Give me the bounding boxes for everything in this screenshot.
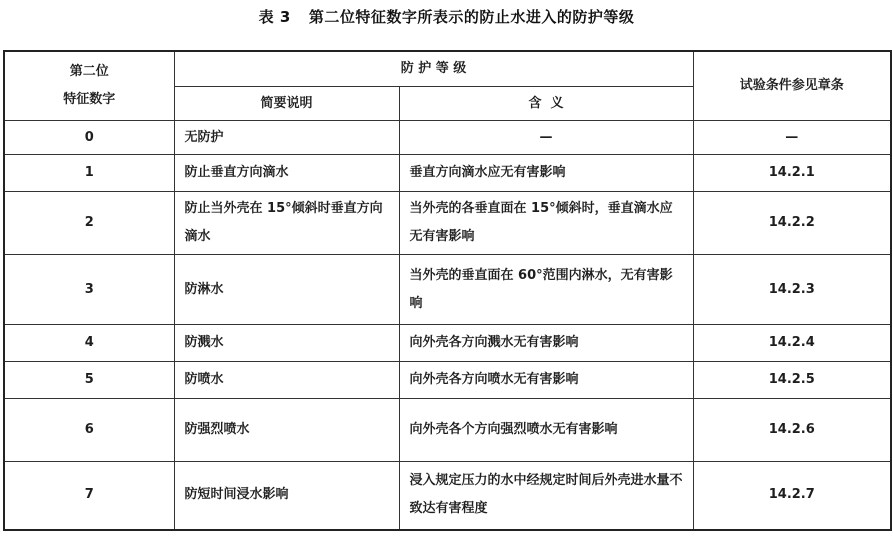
header-digit-line2: 特征数字 <box>15 86 164 114</box>
table-row: 0 无防护 — — <box>4 121 891 155</box>
cell-digit: 0 <box>4 121 174 155</box>
cell-meaning: 垂直方向滴水应无有害影响 <box>399 155 693 192</box>
cell-meaning: 当外壳的各垂直面在 15°倾斜时，垂直滴水应无有害影响 <box>399 192 693 255</box>
table-row: 4 防溅水 向外壳各方向溅水无有害影响 14.2.4 <box>4 325 891 362</box>
table-row: 5 防喷水 向外壳各方向喷水无有害影响 14.2.5 <box>4 362 891 399</box>
table-number: 表 3 <box>259 8 291 26</box>
cell-meaning: 向外壳各个方向强烈喷水无有害影响 <box>399 399 693 462</box>
cell-ref: 14.2.5 <box>693 362 891 399</box>
cell-meaning: — <box>399 121 693 155</box>
cell-digit: 3 <box>4 255 174 325</box>
header-digit-line1: 第二位 <box>15 58 164 86</box>
cell-meaning: 当外壳的垂直面在 60°范围内淋水，无有害影响 <box>399 255 693 325</box>
cell-brief: 防止当外壳在 15°倾斜时垂直方向滴水 <box>174 192 399 255</box>
table-row: 1 防止垂直方向滴水 垂直方向滴水应无有害影响 14.2.1 <box>4 155 891 192</box>
cell-brief: 无防护 <box>174 121 399 155</box>
header-protection-level: 防 护 等 级 <box>174 51 693 87</box>
cell-brief: 防溅水 <box>174 325 399 362</box>
protection-level-table: 第二位 特征数字 防 护 等 级 试验条件参见章条 简要说明 含 义 0 无防护… <box>3 50 892 531</box>
cell-digit: 7 <box>4 462 174 530</box>
cell-ref: 14.2.3 <box>693 255 891 325</box>
cell-digit: 5 <box>4 362 174 399</box>
cell-digit: 4 <box>4 325 174 362</box>
header-meaning: 含 义 <box>399 87 693 121</box>
cell-digit: 1 <box>4 155 174 192</box>
header-digit: 第二位 特征数字 <box>4 51 174 121</box>
cell-brief: 防止垂直方向滴水 <box>174 155 399 192</box>
header-row-1: 第二位 特征数字 防 护 等 级 试验条件参见章条 <box>4 51 891 87</box>
cell-meaning: 向外壳各方向溅水无有害影响 <box>399 325 693 362</box>
cell-brief: 防强烈喷水 <box>174 399 399 462</box>
cell-meaning: 向外壳各方向喷水无有害影响 <box>399 362 693 399</box>
cell-digit: 2 <box>4 192 174 255</box>
table-row: 7 防短时间浸水影响 浸入规定压力的水中经规定时间后外壳进水量不致达有害程度 1… <box>4 462 891 530</box>
table-row: 2 防止当外壳在 15°倾斜时垂直方向滴水 当外壳的各垂直面在 15°倾斜时，垂… <box>4 192 891 255</box>
table-caption: 表 3第二位特征数字所表示的防止水进入的防护等级 <box>0 6 893 27</box>
cell-brief: 防喷水 <box>174 362 399 399</box>
cell-ref: 14.2.2 <box>693 192 891 255</box>
header-test-ref: 试验条件参见章条 <box>693 51 891 121</box>
header-brief: 简要说明 <box>174 87 399 121</box>
cell-ref: 14.2.7 <box>693 462 891 530</box>
table-row: 3 防淋水 当外壳的垂直面在 60°范围内淋水，无有害影响 14.2.3 <box>4 255 891 325</box>
cell-digit: 6 <box>4 399 174 462</box>
cell-ref: 14.2.4 <box>693 325 891 362</box>
table-row: 6 防强烈喷水 向外壳各个方向强烈喷水无有害影响 14.2.6 <box>4 399 891 462</box>
cell-ref: 14.2.1 <box>693 155 891 192</box>
cell-ref: — <box>693 121 891 155</box>
table-title: 第二位特征数字所表示的防止水进入的防护等级 <box>309 8 635 26</box>
cell-brief: 防短时间浸水影响 <box>174 462 399 530</box>
cell-brief: 防淋水 <box>174 255 399 325</box>
cell-meaning: 浸入规定压力的水中经规定时间后外壳进水量不致达有害程度 <box>399 462 693 530</box>
cell-ref: 14.2.6 <box>693 399 891 462</box>
